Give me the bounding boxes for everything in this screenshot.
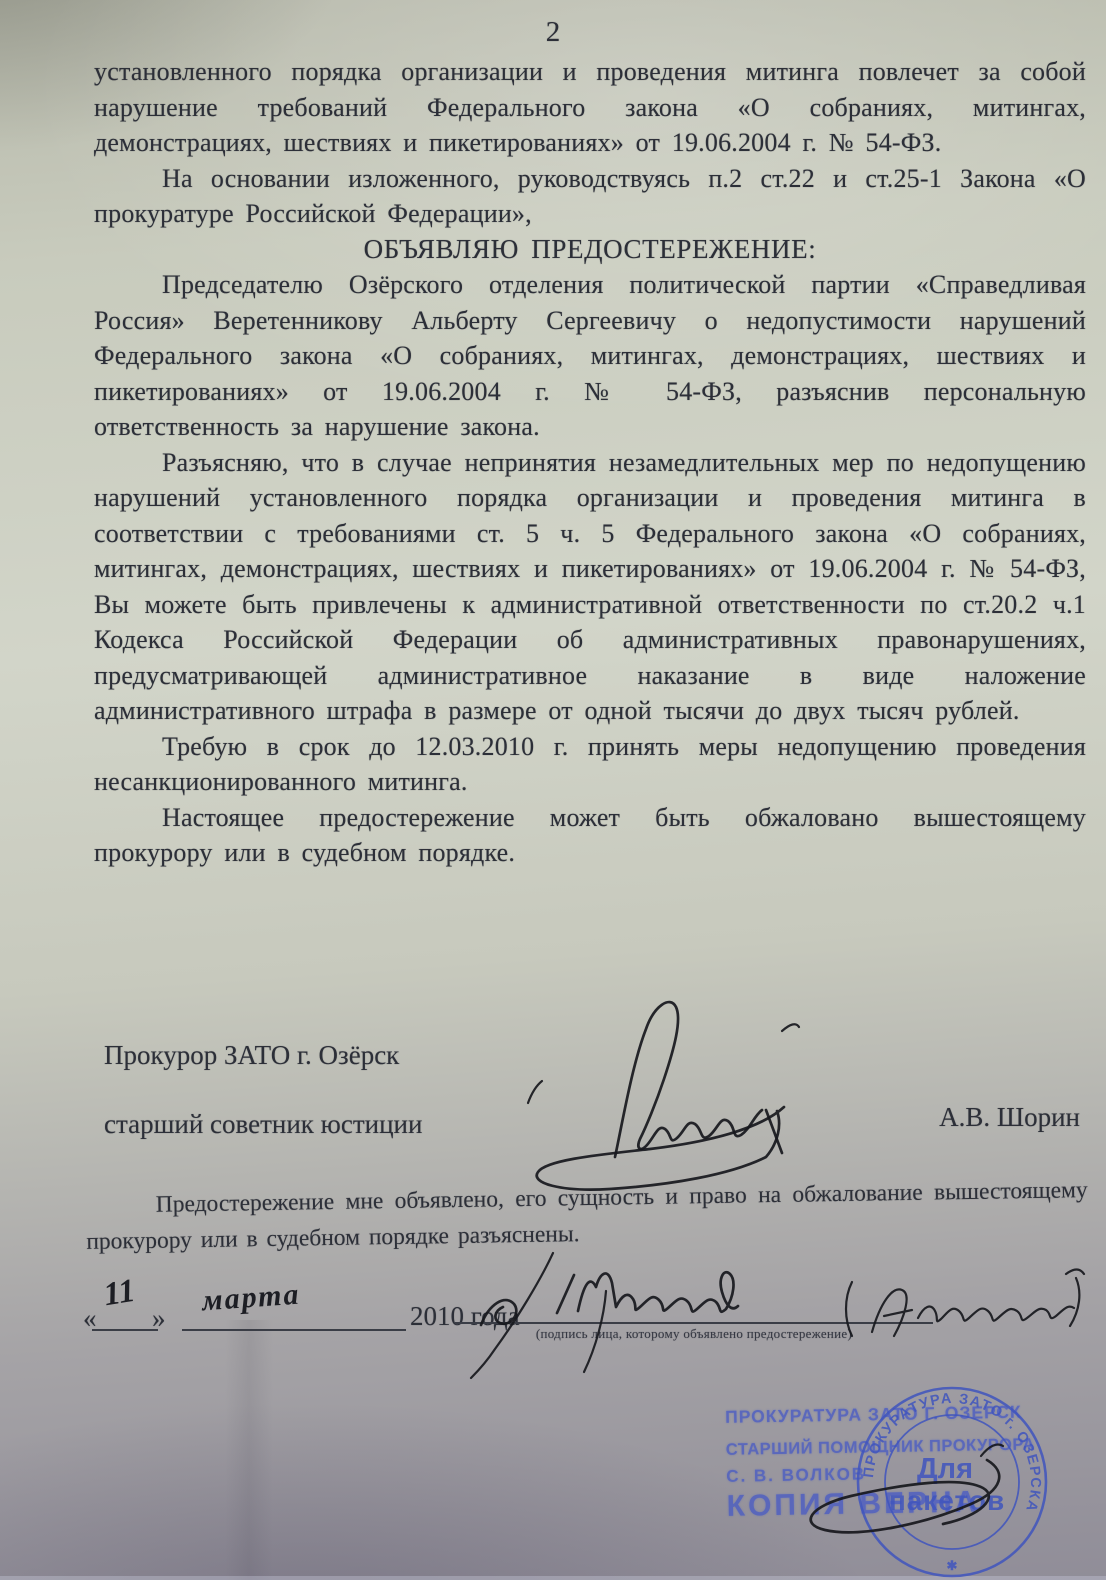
paragraph-appeal: Настоящее предостережение может быть обж… (94, 800, 1086, 871)
quote-close: » (152, 1303, 166, 1334)
paragraph-continuation: установленного порядка организации и про… (94, 54, 1086, 161)
document-heading: ОБЪЯВЛЯЮ ПРЕДОСТЕРЕЖЕНИЕ: (94, 232, 1086, 268)
page-number: 2 (0, 16, 1106, 49)
handwritten-day: 11 (101, 1273, 138, 1314)
paragraph-demand: Требую в срок до 12.03.2010 г. принять м… (94, 729, 1086, 800)
photo-of-document: { "page_number": "2", "document": { "par… (0, 0, 1106, 1580)
certifier-signature (775, 1432, 1025, 1557)
seal-bottom-star: ✱ (947, 1558, 958, 1573)
paragraph-explanation: Разъясняю, что в случае непринятия незам… (94, 445, 1086, 729)
paragraph-addressee: Председателю Озёрского отделения политич… (94, 267, 1086, 445)
paragraph-legal-basis: На основании изложенного, руководствуясь… (94, 161, 1086, 232)
document-body: установленного порядка организации и про… (94, 54, 1086, 871)
prosecutor-signature (430, 985, 830, 1205)
subject-signature (445, 1195, 775, 1380)
signer-name: А.В. Шорин (939, 1102, 1080, 1133)
subject-name-handwritten (838, 1248, 1093, 1353)
handwritten-month: марта (201, 1278, 302, 1319)
